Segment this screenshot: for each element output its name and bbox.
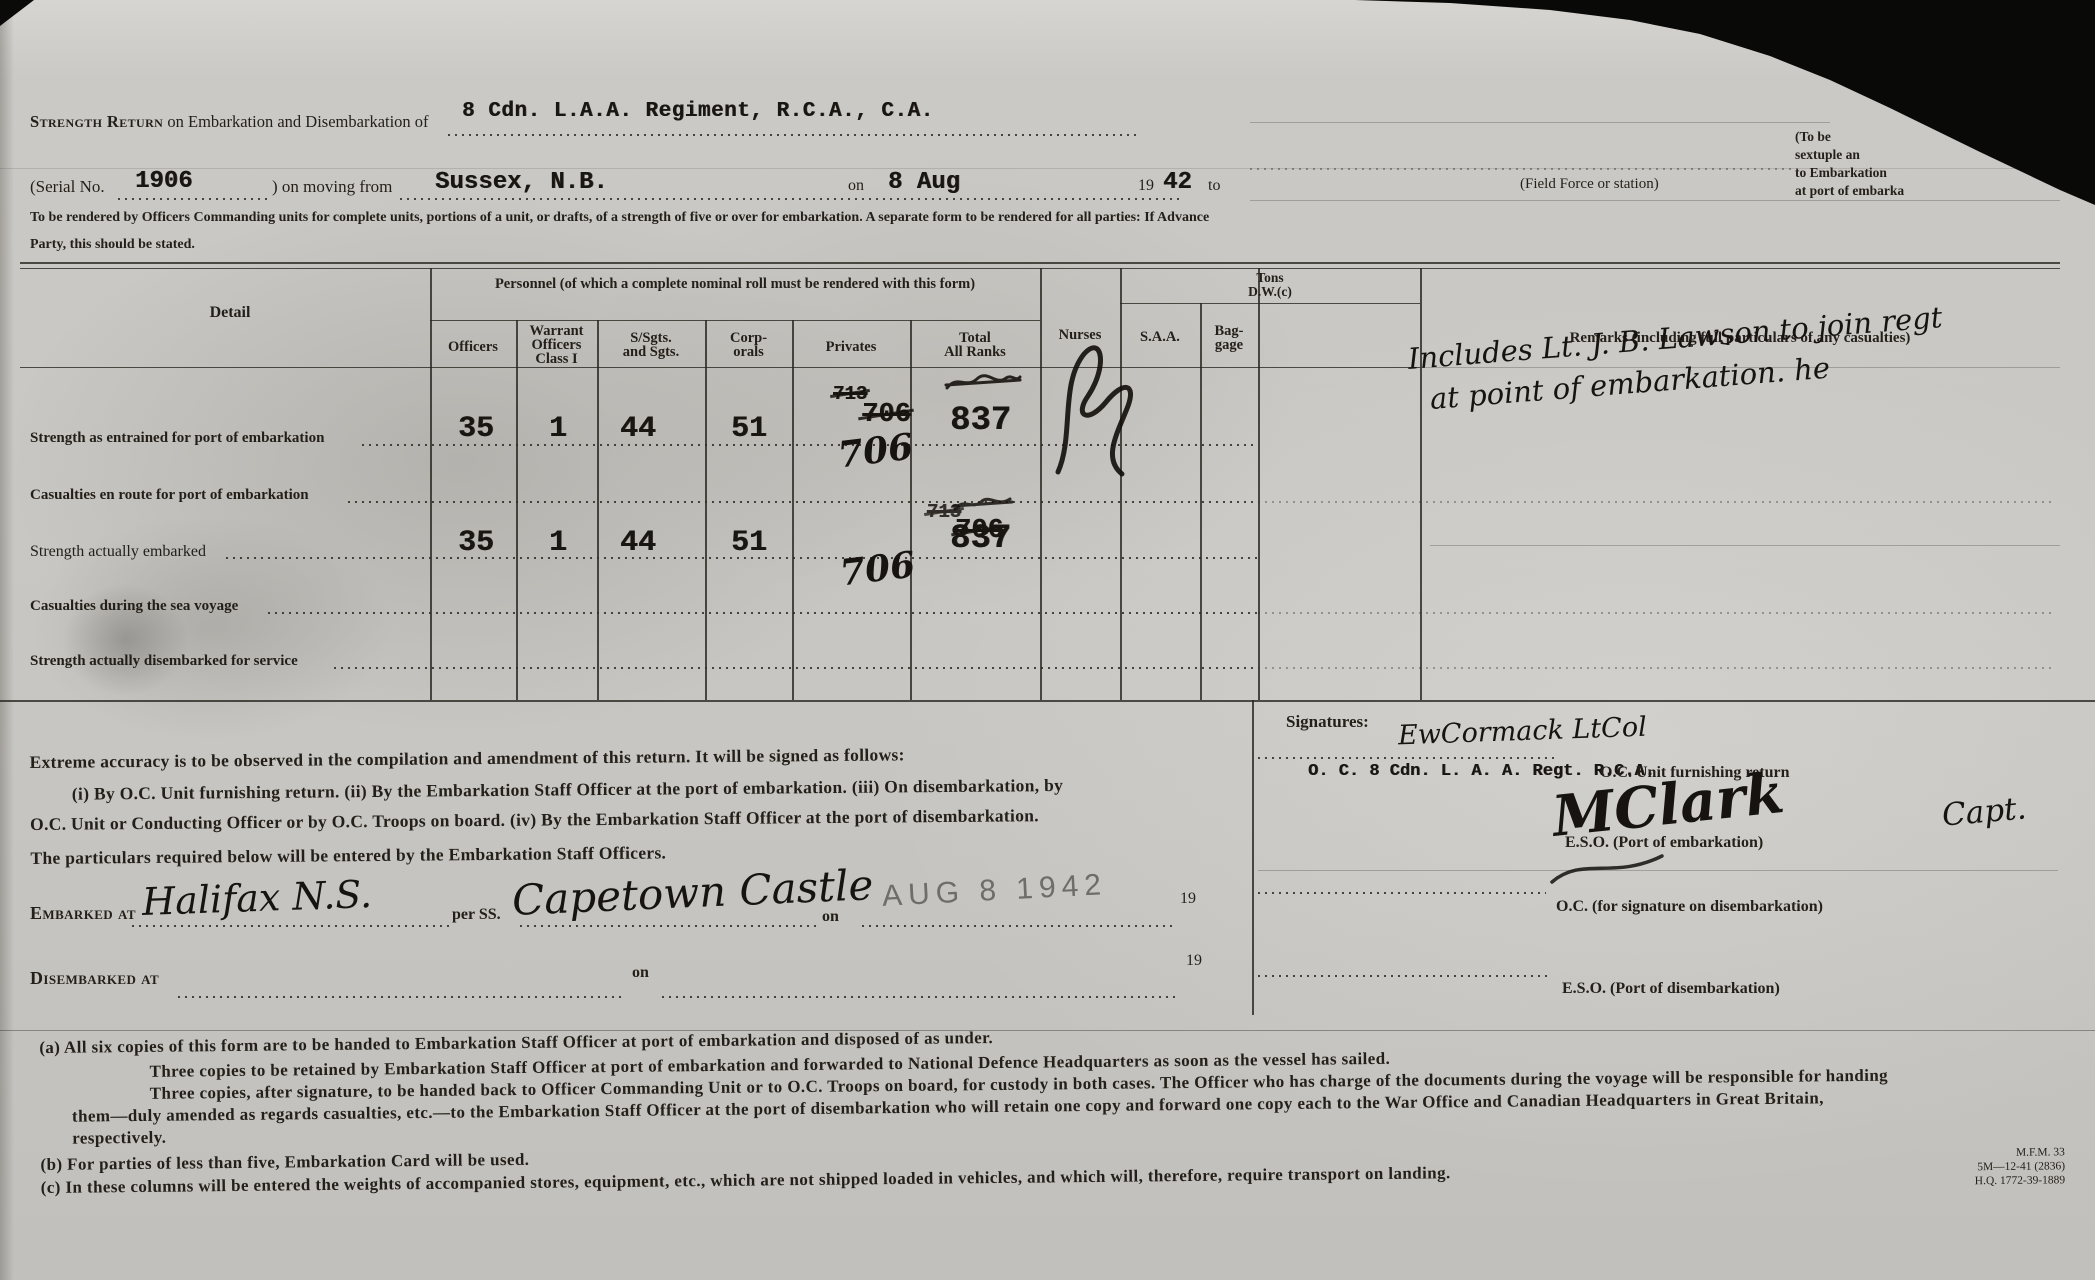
move-date-typed: 8 Aug <box>888 169 960 196</box>
entrained-officers-value: 35 <box>458 412 494 446</box>
row-leader-4 <box>268 612 1258 614</box>
row-label-casualties-en-route: Casualties en route for port of embarkat… <box>30 487 309 504</box>
scan-artifact-line <box>1250 200 2060 201</box>
eso-port-disembarkation-label: E.S.O. (Port of disembarkation) <box>1562 980 1780 998</box>
footnotes: (a) All six copies of this form are to b… <box>39 1017 2071 1198</box>
entrained-total-scribble <box>944 370 1022 396</box>
embarked-privates-handwritten: 706 <box>838 544 918 595</box>
embarked-date-line <box>862 925 1175 927</box>
form-ref-print: 5M—12-41 (2836) <box>1930 1159 2065 1174</box>
column-header-officers: Officers <box>432 340 514 354</box>
row-leader-5-faint <box>1258 667 2055 669</box>
signature3-line <box>1258 892 1546 894</box>
tons-underline <box>1120 303 1420 304</box>
scan-artifact-line <box>1430 545 2060 546</box>
from-place-typed: Sussex, N.B. <box>435 169 608 196</box>
detail-header: Detail <box>185 304 275 322</box>
disembarked-on-label: on <box>632 964 649 982</box>
serial-label: (Serial No. <box>30 177 105 197</box>
nurses-flourish-scribble <box>1044 340 1140 480</box>
disembarked-year-19: 19 <box>1186 952 1202 970</box>
eso-port-embarkation-label: E.S.O. (Port of embarkation) <box>1565 834 1763 852</box>
table-bottom-rule <box>0 700 2095 702</box>
embarked-total-scribble <box>952 494 1014 516</box>
column-line-baggage <box>1258 268 1260 700</box>
embarked-date-stamp: AUG 8 1942 <box>881 868 1108 914</box>
column-header-baggage: Bag- gage <box>1200 324 1258 352</box>
accuracy-line1: Extreme accuracy is to be observed in th… <box>29 741 1254 773</box>
column-header-privates: Privates <box>794 340 908 354</box>
instructions-line1: To be rendered by Officers Commanding un… <box>30 210 1330 226</box>
form-ref-mfm: M.F.M. 33 <box>1930 1145 2065 1160</box>
torn-corner-top-left <box>0 0 40 30</box>
form-reference-block: M.F.M. 33 5M—12-41 (2836) H.Q. 1772-39-1… <box>1930 1145 2065 1188</box>
scan-artifact-line <box>1250 122 1830 123</box>
disembarked-at-label: Disembarked at <box>30 968 159 989</box>
embarked-at-label: Embarked at <box>30 903 136 924</box>
serial-fill-line <box>118 198 268 200</box>
ship-name-handwritten: Capetown Castle <box>511 860 874 925</box>
entrained-warrant-value: 1 <box>549 412 567 446</box>
oc-unit-signature-handwritten: EwCormack LtCol <box>1398 712 1648 752</box>
column-line-corporals <box>792 320 794 700</box>
column-line-warrant <box>597 320 599 700</box>
entrained-total-value: 837 <box>950 402 1011 440</box>
form-title: Strength Return on Embarkation and Disem… <box>30 112 429 132</box>
embarked-ssgts-value: 44 <box>620 526 656 560</box>
embarked-officers-value: 35 <box>458 526 494 560</box>
field-force-fill-line <box>1250 168 1800 170</box>
embarked-total-value: 837 <box>950 520 1011 558</box>
row-leader-5 <box>334 667 1258 669</box>
per-ss-label: per SS. <box>452 906 501 924</box>
column-header-corporals: Corp- orals <box>707 331 790 359</box>
to-label: to <box>1208 177 1220 195</box>
accuracy-line4: The particulars required below will be e… <box>30 837 1255 869</box>
header-bottom-rule <box>20 367 1420 368</box>
entrained-ssgts-value: 44 <box>620 412 656 446</box>
row-leader-2 <box>348 501 1258 503</box>
column-line-ssgts <box>705 320 707 700</box>
accuracy-line2: (i) By O.C. Unit furnishing return. (ii)… <box>30 773 1255 805</box>
year-prefix: 19 <box>1138 177 1154 195</box>
entrained-corporals-value: 51 <box>731 412 767 446</box>
accuracy-line3: O.C. Unit or Conducting Officer or by O.… <box>30 803 1255 835</box>
unit-name-typed: 8 Cdn. L.A.A. Regiment, R.C.A., C.A. <box>462 100 934 123</box>
ship-name-line <box>520 925 820 927</box>
oc-disembarkation-label: O.C. (for signature on disembarkation) <box>1556 898 1823 916</box>
column-line-officers <box>516 320 518 700</box>
embarked-year-19: 19 <box>1180 890 1196 908</box>
signatures-title: Signatures: <box>1286 712 1369 732</box>
row-label-casualties-voyage: Casualties during the sea voyage <box>30 598 238 615</box>
on-label: on <box>848 177 864 195</box>
scanned-strength-return-form: Strength Return on Embarkation and Disem… <box>0 0 2095 1280</box>
embarked-place-handwritten: Halifax N.S. <box>141 872 372 924</box>
accuracy-paragraph: Extreme accuracy is to be observed in th… <box>29 741 1255 869</box>
form-ref-hq: H.Q. 1772-39-1889 <box>1930 1173 2065 1188</box>
embarked-on-label: on <box>822 908 839 926</box>
embarked-corporals-value: 51 <box>731 526 767 560</box>
column-line-detail <box>430 268 432 700</box>
column-line-privates <box>910 320 912 700</box>
disembarked-date-line <box>662 996 1175 998</box>
disembarked-place-line <box>178 996 626 998</box>
column-header-warrant-officers: Warrant Officers Class I <box>518 324 595 366</box>
title-fill-line <box>448 134 1138 136</box>
personnel-header: Personnel (of which a complete nominal r… <box>445 276 1025 292</box>
embarked-place-line <box>132 925 450 927</box>
entrained-privates-handwritten: 706 <box>836 426 916 477</box>
column-header-total-all-ranks: Total All Ranks <box>912 331 1038 359</box>
row-label-strength-embarked: Strength actually embarked <box>30 543 206 561</box>
row-label-strength-disembarked: Strength actually disembarked for servic… <box>30 653 298 670</box>
moving-from-label: ) on moving from <box>272 177 392 197</box>
field-force-label: (Field Force or station) <box>1520 176 1659 193</box>
capt-handwritten: Capt. <box>1941 790 2028 833</box>
column-header-tons-dw: Tons D.W.(c) <box>1120 271 1420 299</box>
form-title-rest: on Embarkation and Disembarkation of <box>167 112 428 131</box>
embarked-warrant-value: 1 <box>549 526 567 560</box>
column-header-ssgts: S/Sgts. and Sgts. <box>599 331 703 359</box>
serial-number-typed: 1906 <box>135 168 193 195</box>
column-line-remarks <box>1420 268 1422 700</box>
row-label-strength-entrained: Strength as entrained for port of embark… <box>30 430 324 447</box>
form-title-strength-return: Strength Return <box>30 112 163 131</box>
row-leader-2-faint <box>1258 501 2055 503</box>
instructions-line2: Party, this should be stated. <box>30 237 195 253</box>
signature-underline-stroke <box>1548 850 1668 888</box>
signature1-line <box>1258 757 1558 759</box>
moving-fill-line <box>400 198 1180 200</box>
year-typed: 42 <box>1163 169 1192 196</box>
signature4-line <box>1258 975 1550 977</box>
row-leader-4-faint <box>1258 612 2055 614</box>
personnel-underline <box>430 320 1040 321</box>
table-top-rule <box>20 262 2060 264</box>
